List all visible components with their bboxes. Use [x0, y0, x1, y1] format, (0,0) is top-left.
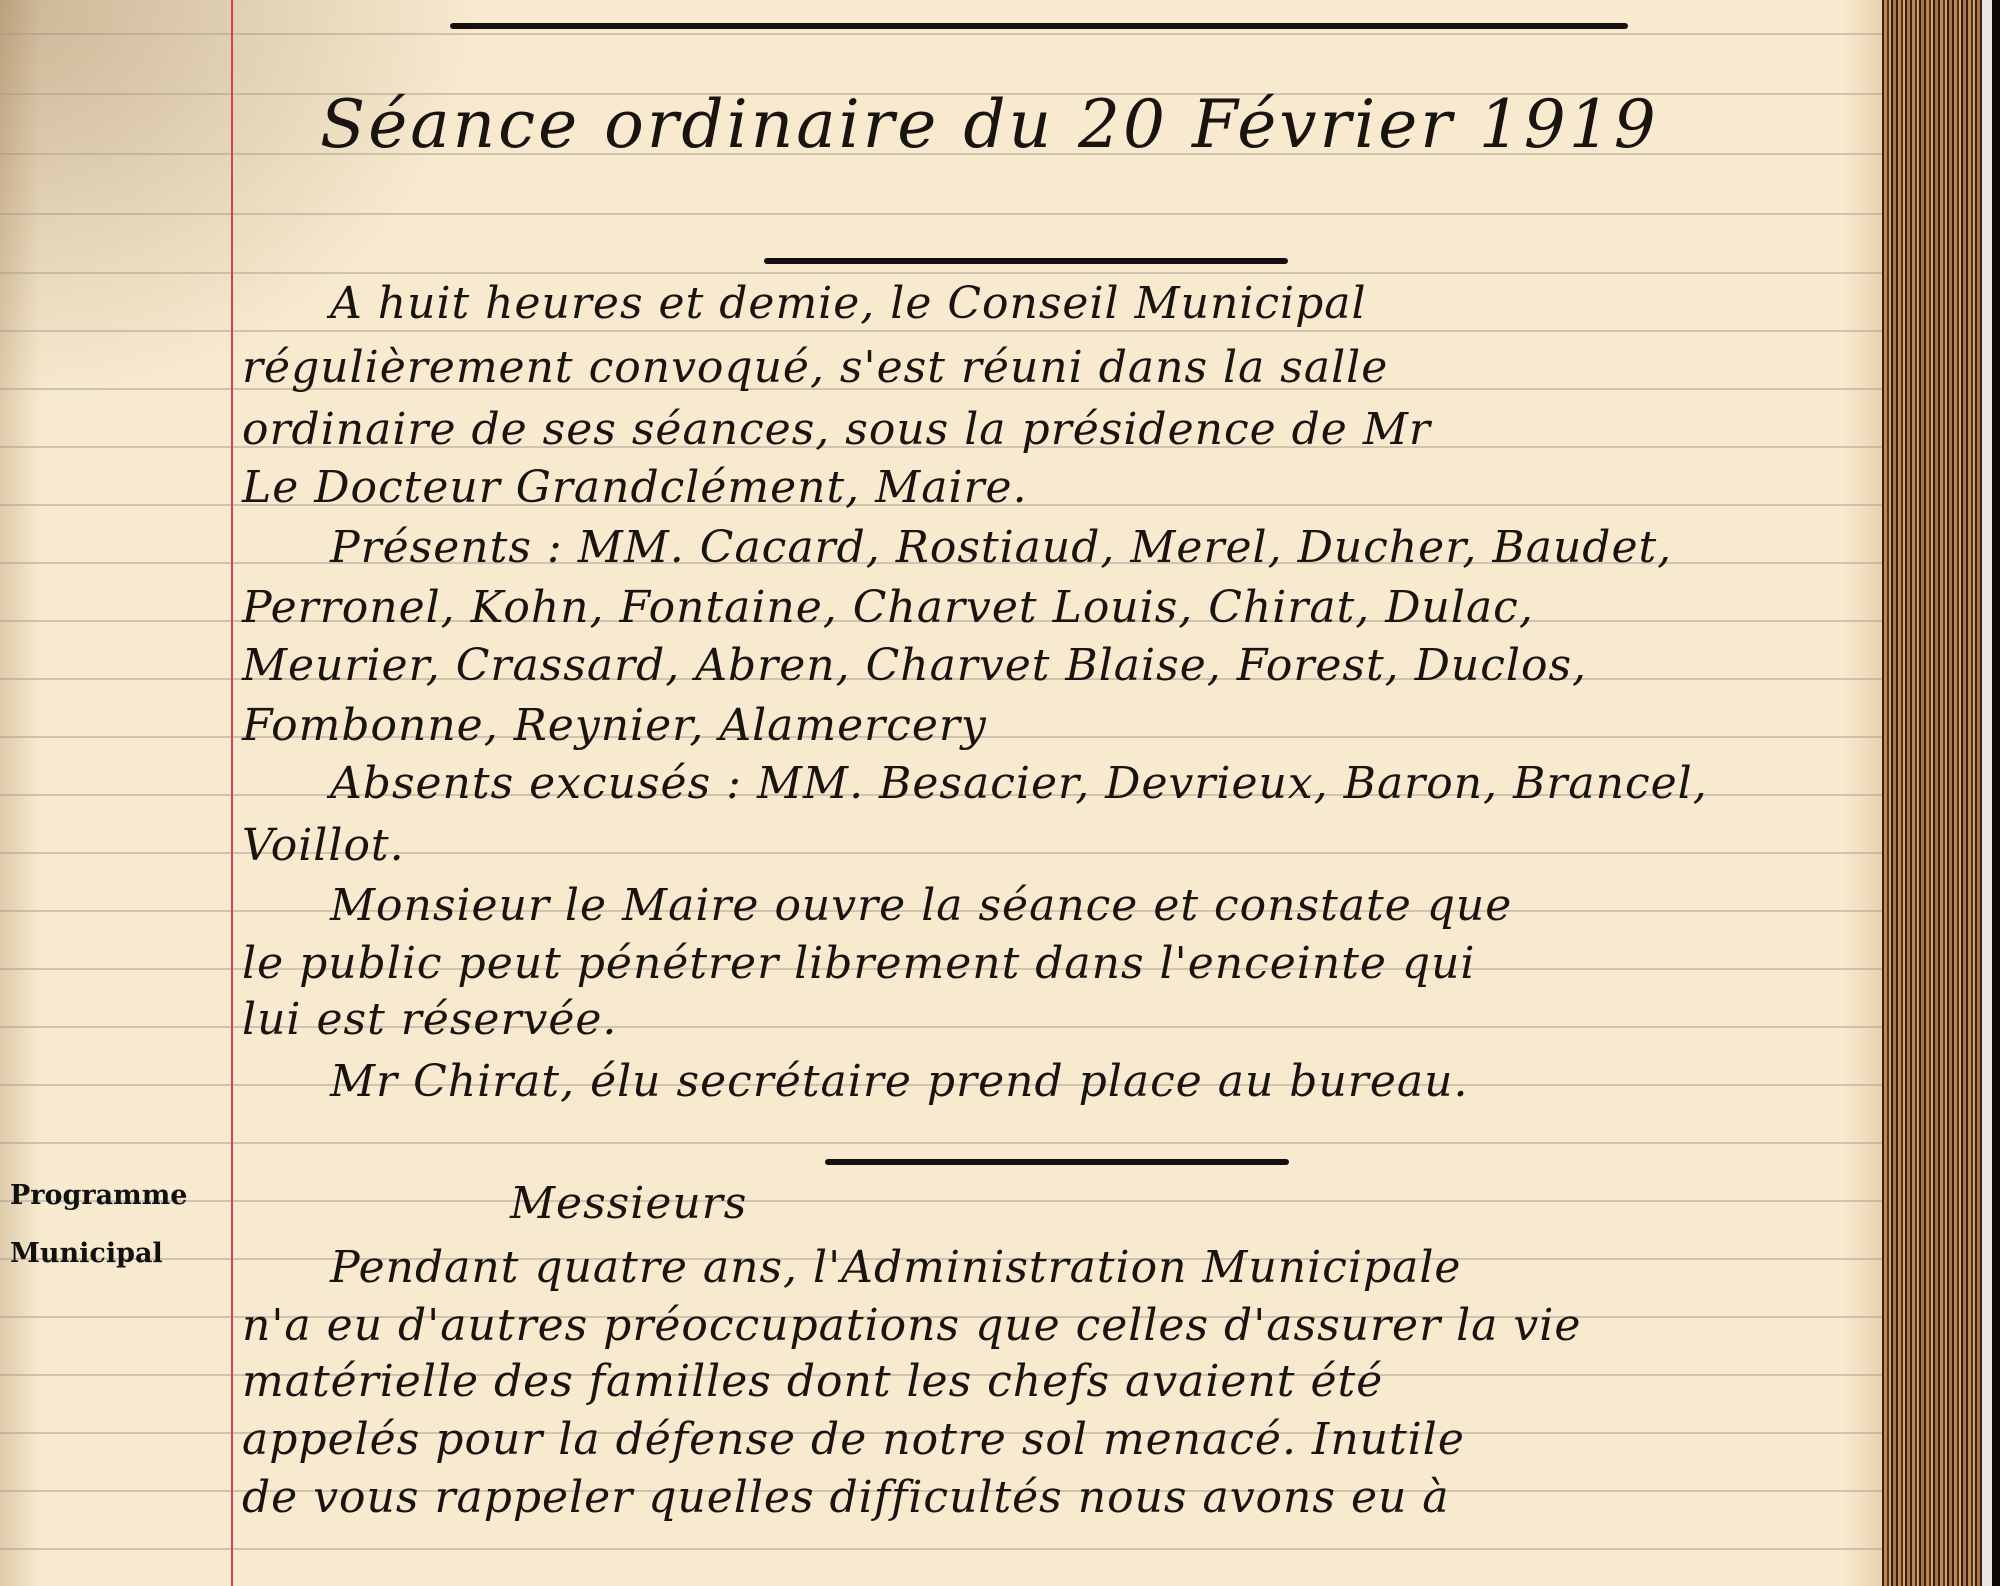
- ruled-line: [0, 1548, 1882, 1550]
- ruled-line: [0, 213, 1882, 215]
- presents-line: Fombonne, Reynier, Alamercery: [242, 700, 987, 751]
- title-underline-rule: [764, 258, 1288, 264]
- ruled-line: [0, 272, 1882, 274]
- margin-note-municipal: Municipal: [10, 1238, 163, 1269]
- text-line: ordinaire de ses séances, sous la présid…: [242, 404, 1431, 455]
- text-line: matérielle des familles dont les chefs a…: [242, 1356, 1383, 1407]
- section-divider-rule: [825, 1159, 1289, 1165]
- book-page-edges: [1882, 0, 2000, 1586]
- margin-note-programme: Programme: [10, 1180, 187, 1211]
- presents-line: Présents : MM. Cacard, Rostiaud, Merel, …: [330, 522, 1672, 573]
- presents-line: Perronel, Kohn, Fontaine, Charvet Louis,…: [242, 582, 1534, 633]
- text-line: Le Docteur Grandclément, Maire.: [242, 462, 1028, 513]
- absents-line: Absents excusés : MM. Besacier, Devrieux…: [330, 758, 1708, 809]
- top-divider-rule: [450, 23, 1628, 29]
- session-title: Séance ordinaire du 20 Février 1919: [320, 86, 1659, 163]
- salutation: Messieurs: [510, 1178, 747, 1229]
- text-line: Monsieur le Maire ouvre la séance et con…: [330, 880, 1512, 931]
- text-line: appelés pour la défense de notre sol men…: [242, 1414, 1465, 1465]
- ruled-line: [0, 33, 1882, 35]
- ruled-line: [0, 1200, 1882, 1202]
- text-line: le public peut pénétrer librement dans l…: [242, 938, 1475, 989]
- binding-light-strip: [1982, 0, 1992, 1586]
- binding-shadow: [1992, 0, 2000, 1586]
- text-line: lui est réservée.: [242, 994, 617, 1045]
- ruled-line: [0, 1142, 1882, 1144]
- secretary-line: Mr Chirat, élu secrétaire prend place au…: [330, 1056, 1468, 1107]
- text-line: Pendant quatre ans, l'Administration Mun…: [330, 1242, 1461, 1293]
- ledger-page: Séance ordinaire du 20 Février 1919 A hu…: [0, 0, 1882, 1586]
- presents-line: Meurier, Crassard, Abren, Charvet Blaise…: [242, 640, 1587, 691]
- text-line: régulièrement convoqué, s'est réuni dans…: [242, 342, 1388, 393]
- ruled-line: [0, 330, 1882, 332]
- absents-line: Voillot.: [242, 820, 405, 871]
- text-line: n'a eu d'autres préoccupations que celle…: [242, 1300, 1581, 1351]
- text-line: de vous rappeler quelles difficultés nou…: [242, 1472, 1450, 1523]
- red-margin-line: [231, 0, 233, 1586]
- text-line: A huit heures et demie, le Conseil Munic…: [330, 278, 1367, 329]
